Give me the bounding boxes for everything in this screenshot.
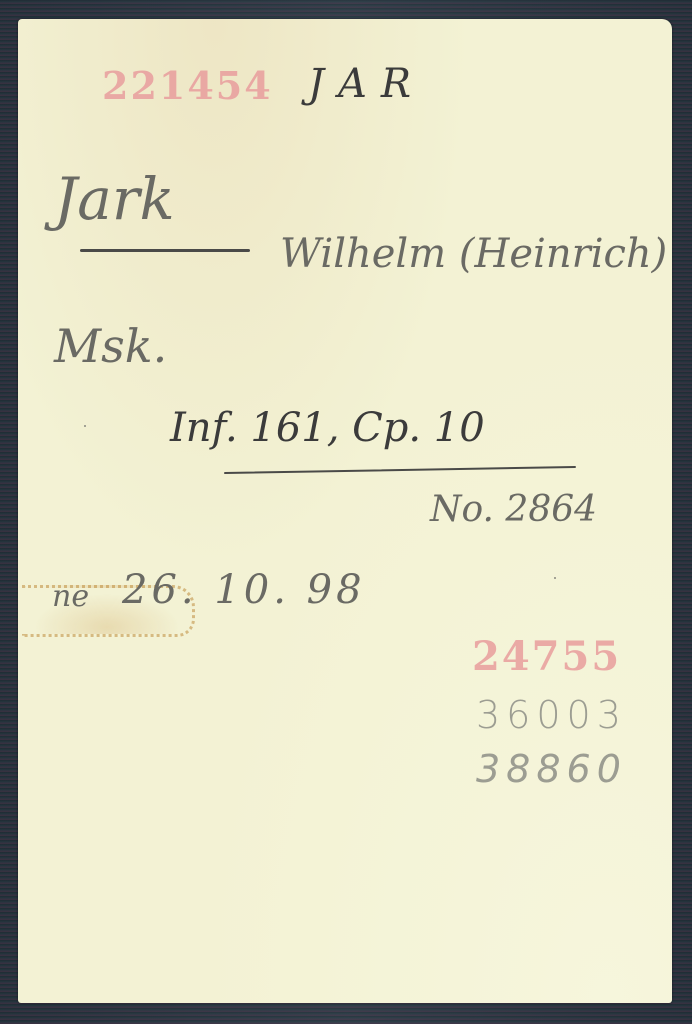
- unit-underline: [224, 466, 576, 474]
- catalog-number-stamp: 221454: [102, 63, 273, 108]
- surname: Jark: [54, 165, 175, 233]
- surname-underline: [80, 249, 250, 252]
- index-card: 221454 JAR Jark Wilhelm (Heinrich) Msk. …: [18, 19, 672, 1003]
- stamp-number: 24755: [472, 633, 621, 680]
- name-code: JAR: [308, 61, 425, 107]
- pencil-number-2: 38860: [476, 747, 627, 791]
- unit: Inf. 161, Cp. 10: [170, 405, 485, 451]
- date: 26. 10. 98: [122, 567, 366, 613]
- ink-speck: [84, 425, 86, 427]
- date-prefix: ne: [52, 579, 89, 614]
- pencil-number-1: 36003: [476, 693, 627, 737]
- given-names: Wilhelm (Heinrich): [280, 231, 667, 277]
- ink-speck: [554, 577, 556, 579]
- rank: Msk.: [54, 319, 167, 373]
- service-number: No. 2864: [430, 489, 597, 530]
